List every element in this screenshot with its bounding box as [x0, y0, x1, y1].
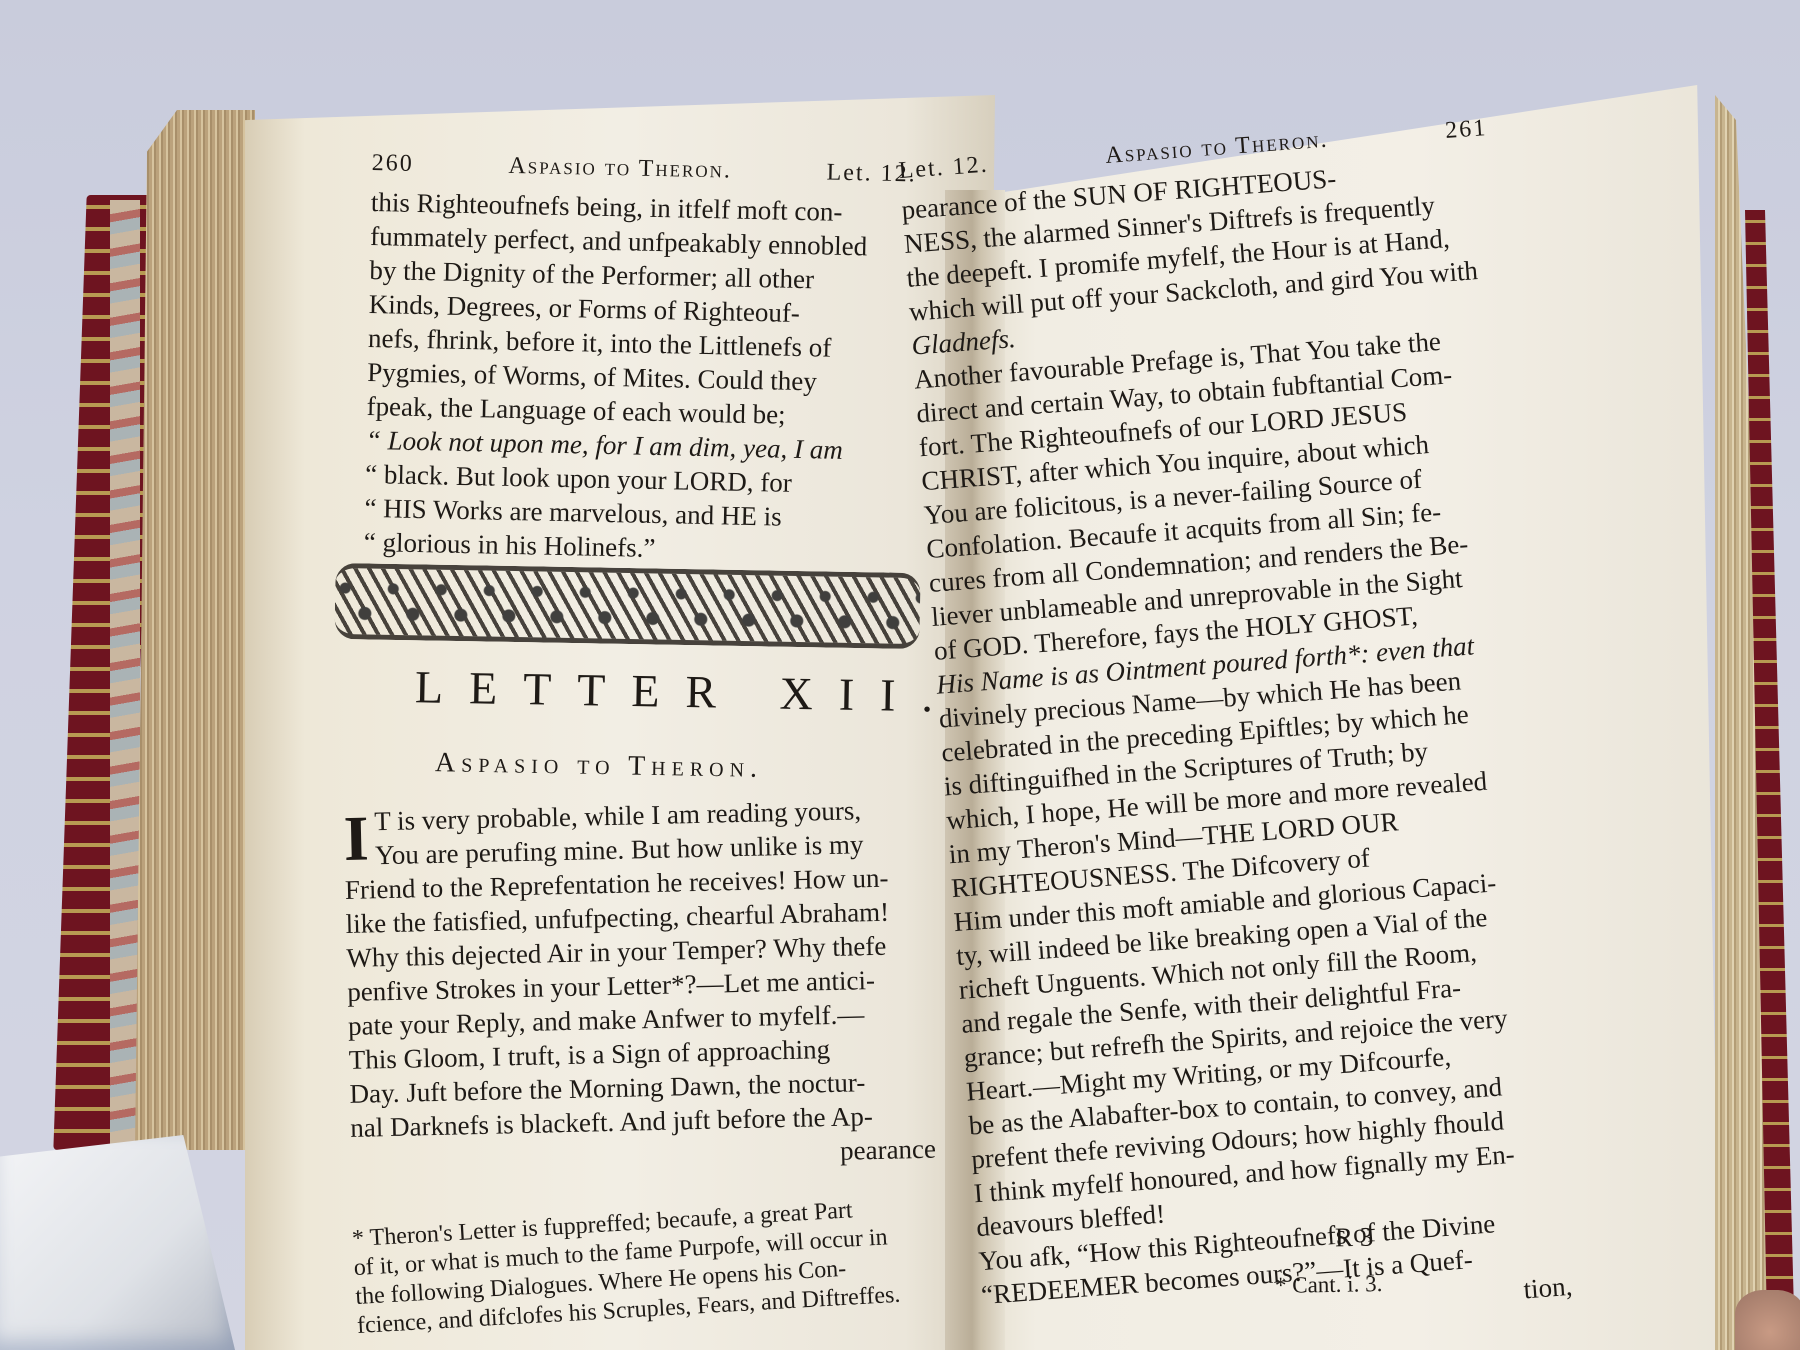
left-page-top-text: 260 Aspasio to Theron. Let. 12. this Rig…: [363, 150, 916, 570]
left-page-letter-body: I T is very probable, while I am reading…: [343, 792, 936, 1179]
drop-cap: I: [343, 810, 369, 867]
marbled-endpaper-left: [110, 200, 140, 1145]
letter-subtitle: Aspasio to Theron.: [435, 747, 764, 785]
thumb: [1735, 1290, 1800, 1350]
right-page-text: Let. 12. Aspasio to Theron. 261 pearance…: [898, 115, 1574, 1346]
right-letter-ref: Let. 12.: [898, 152, 990, 186]
left-running-title: Aspasio to Theron.: [508, 153, 732, 185]
page-edges-left: [135, 110, 255, 1150]
letter-title: LETTER XII.: [415, 660, 960, 722]
right-footnote: * Cant. i. 3.: [1275, 1271, 1383, 1299]
magnifier-lens-icon: [0, 1135, 235, 1350]
right-page-number: 261: [1444, 115, 1488, 145]
left-page-number: 260: [371, 150, 414, 178]
ornamental-headpiece-icon: [334, 563, 920, 649]
signature-mark: R 3: [1335, 1222, 1374, 1254]
